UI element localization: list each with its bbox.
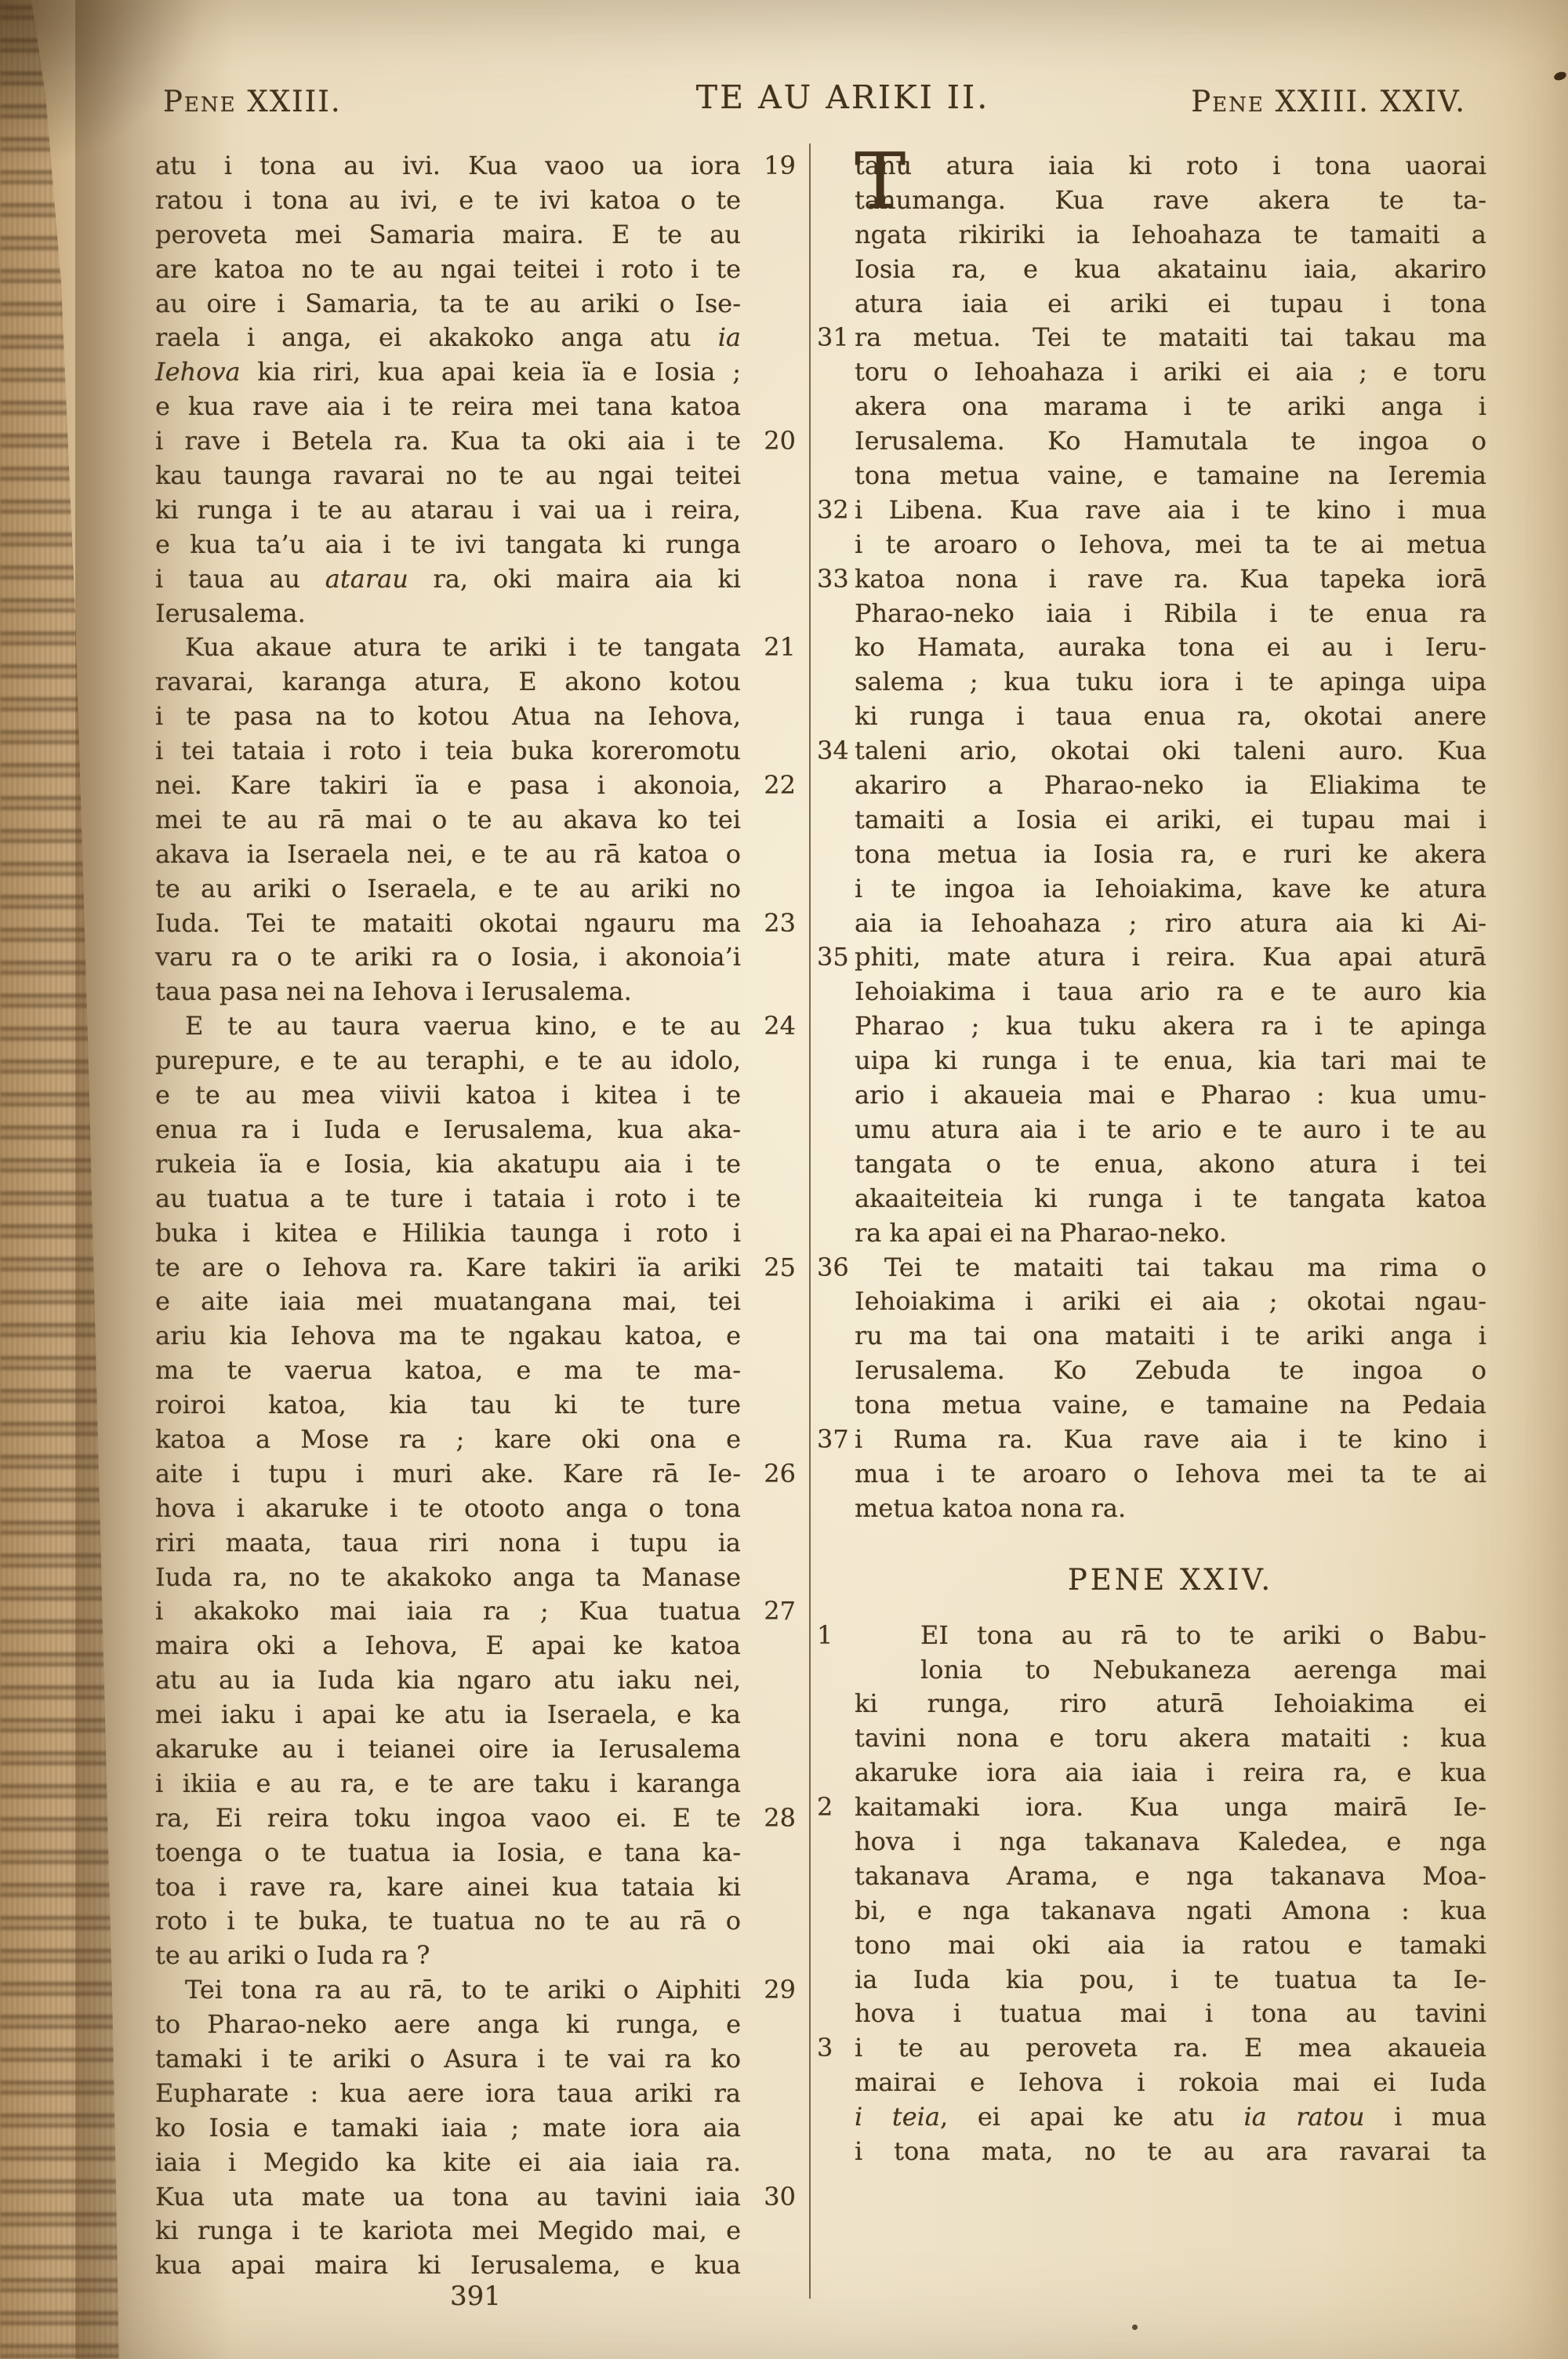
text-line: mei te au rā mai o te au akava ko tei (155, 803, 796, 838)
text-line: ra ka apai ei na Pharao-neko. (817, 1216, 1488, 1251)
chapter23-lines: tanu atura iaia ki roto i tona uaorai ta… (817, 149, 1488, 1526)
column-divider (809, 144, 811, 2299)
verse-text: roto i te buka, te tuatua no te au rā o (155, 1904, 741, 1939)
verse-number: 27 (741, 1594, 796, 1629)
verse-text: ariu kia Iehova ma te ngakau katoa, e (155, 1319, 741, 1354)
verse-text: toru o Iehoahaza i ariki ei aia ; e toru (855, 355, 1486, 390)
text-line: e kua rave aia i te reira mei tana katoa (155, 390, 796, 424)
verse-number: 1 (817, 1619, 855, 1653)
verse-text: buka i kitea e Hilikia taunga i roto i (155, 1216, 741, 1251)
verse-number: 19 (741, 149, 796, 184)
text-line: 32 i Libena. Kua rave aia i te kino i mu… (817, 493, 1488, 528)
text-line: i ikiia e au ra, e te are taku i karanga (155, 1767, 796, 1801)
verse-text: mei te au rā mai o te au akava ko tei (155, 803, 741, 838)
verse-text: akaruke au i teianei oire ia Ierusalema (155, 1732, 741, 1767)
text-line: 35 phiti, mate atura i reira. Kua apai a… (817, 940, 1488, 975)
text-line: Tei tona ra au rā, to te ariki o Aiphiti… (155, 1973, 796, 2008)
text-line: roto i te buka, te tuatua no te au rā o (155, 1904, 796, 1939)
text-line: i tei tataia i roto i teia buka koreromo… (155, 734, 796, 769)
verse-number: 23 (741, 907, 796, 941)
verse-text: e kua ta’u aia i te ivi tangata ki runga (155, 528, 741, 562)
verse-text: i Ruma ra. Kua rave aia i te kino i (855, 1423, 1486, 1457)
verse-text: kua apai maira ki Ierusalema, e kua (155, 2248, 741, 2283)
verse-number: 30 (741, 2180, 796, 2215)
text-line: riri maata, taua riri nona i tupu ia (155, 1526, 796, 1561)
verse-text: lonia to Nebukaneza aerenga mai (855, 1653, 1486, 1688)
drop-cap: T (855, 147, 906, 216)
ink-spot (1132, 2324, 1138, 2330)
text-line: tamaki i te ariki o Asura i te vai ra ko (155, 2042, 796, 2077)
verse-text: taua pasa nei na Iehova i Ierusalema. (155, 975, 741, 1009)
text-line: E te au taura vaerua kino, e te au 24 (155, 1009, 796, 1044)
text-line: 36 Tei te mataiti tai takau ma rima o (817, 1251, 1488, 1285)
text-line: tanu atura iaia ki roto i tona uaorai (817, 149, 1488, 184)
verse-text: aia ia Iehoahaza ; riro atura aia ki Ai- (855, 907, 1486, 941)
verse-number: 26 (741, 1457, 796, 1492)
verse-text: akera ona marama i te ariki anga i (855, 390, 1486, 424)
verse-text: bi, e nga takanava ngati Amona : kua (855, 1894, 1486, 1928)
text-line: i te aroaro o Iehova, mei ta te ai metua (817, 528, 1488, 562)
text-line: hova i tuatua mai i tona au tavini (817, 1997, 1488, 2031)
text-line: tono mai oki aia ia ratou e tamaki (817, 1928, 1488, 1963)
verse-text: metua katoa nona ra. (855, 1492, 1486, 1526)
verse-text: ko Hamata, auraka tona ei au i Ieru- (855, 631, 1486, 665)
verse-text: EI tona au rā to te ariki o Babu- (855, 1619, 1486, 1653)
text-line: mei iaku i apai ke atu ia Iseraela, e ka (155, 1698, 796, 1732)
text-line: buka i kitea e Hilikia taunga i roto i (155, 1216, 796, 1251)
verse-text: salema ; kua tuku iora i te apinga uipa (855, 665, 1486, 700)
verse-text: kau taunga ravarai no te au ngai teitei (155, 459, 741, 493)
text-line: ru ma tai ona mataiti i te ariki anga i (817, 1319, 1488, 1354)
text-line: lonia to Nebukaneza aerenga mai (817, 1653, 1488, 1688)
text-line: Eupharate : kua aere iora taua ariki ra (155, 2077, 796, 2111)
text-line: aia ia Iehoahaza ; riro atura aia ki Ai- (817, 907, 1488, 941)
text-line: maira oki a Iehova, E apai ke katoa (155, 1629, 796, 1663)
text-line: atu au ia Iuda kia ngaro atu iaku nei, (155, 1663, 796, 1698)
text-line: tamaiti a Iosia ei ariki, ei tupau mai i (817, 803, 1488, 838)
verse-number: 36 (817, 1251, 855, 1285)
text-line: i te pasa na to kotou Atua na Iehova, (155, 700, 796, 734)
verse-text: hova i nga takanava Kaledea, e nga (855, 1825, 1486, 1859)
verse-text: ki runga i te kariota mei Megido mai, e (155, 2214, 741, 2248)
text-line: ko Iosia e tamaki iaia ; mate iora aia (155, 2111, 796, 2146)
verse-text: te are o Iehova ra. Kare takiri ïa ariki (155, 1251, 741, 1285)
verse-text: peroveta mei Samaria maira. E te au (155, 218, 741, 253)
text-line: i akakoko mai iaia ra ; Kua tuatua 27 (155, 1594, 796, 1629)
verse-text: mua i te aroaro o Iehova mei ta te ai (855, 1457, 1486, 1492)
text-line: akera ona marama i te ariki anga i (817, 390, 1488, 424)
text-line: Ierusalema. Ko Hamutala te ingoa o (817, 424, 1488, 459)
verse-text: tamaiti a Iosia ei ariki, ei tupau mai i (855, 803, 1486, 838)
verse-text: tono mai oki aia ia ratou e tamaki (855, 1928, 1486, 1963)
verse-number: 33 (817, 562, 855, 597)
text-line: ario i akaueia mai e Pharao : kua umu- (817, 1078, 1488, 1113)
verse-text: ko Iosia e tamaki iaia ; mate iora aia (155, 2111, 741, 2146)
verse-text: katoa nona i rave ra. Kua tapeka iorā (855, 562, 1486, 597)
text-line: te au ariki o Iseraela, e te au ariki no (155, 872, 796, 907)
verse-text: purepure, e te au teraphi, e te au idolo… (155, 1044, 741, 1078)
text-line: ariu kia Iehova ma te ngakau katoa, e (155, 1319, 796, 1354)
text-line: te au ariki o Iuda ra ? (155, 1939, 796, 1973)
text-line: akaruke au i teianei oire ia Ierusalema (155, 1732, 796, 1767)
verse-text: ra metua. Tei te mataiti tai takau ma (855, 321, 1486, 355)
text-line: enua ra i Iuda e Ierusalema, kua aka- (155, 1113, 796, 1147)
text-line: ki runga i te au atarau i vai ua i reira… (155, 493, 796, 528)
text-line: i te ingoa ia Iehoiakima, kave ke atura (817, 872, 1488, 907)
text-line: tona metua vaine, e tamaine na Pedaia (817, 1388, 1488, 1423)
text-line: au tuatua a te ture i tataia i roto i te (155, 1182, 796, 1216)
text-line: ia Iuda kia pou, i te tuatua ta Ie- (817, 1963, 1488, 1997)
verse-text: Ierusalema. Ko Hamutala te ingoa o (855, 424, 1486, 459)
verse-text: ia Iuda kia pou, i te tuatua ta Ie- (855, 1963, 1486, 1997)
verse-text: tavini nona e toru akera mataiti : kua (855, 1721, 1486, 1756)
verse-number: 22 (741, 769, 796, 803)
verse-text: i te au peroveta ra. E mea akaueia (855, 2031, 1486, 2066)
verse-text: e kua rave aia i te reira mei tana katoa (155, 390, 741, 424)
verse-text: toenga o te tuatua ia Iosia, e tana ka- (155, 1836, 741, 1870)
text-line: Kua uta mate ua tona au tavini iaia 30 (155, 2180, 796, 2215)
text-line: akava ia Iseraela nei, e te au rā katoa … (155, 838, 796, 872)
text-line: ki runga i te kariota mei Megido mai, e (155, 2214, 796, 2248)
verse-number: 25 (741, 1251, 796, 1285)
chapter24-lines: 1 EI tona au rā to te ariki o Babu- loni… (817, 1619, 1488, 2169)
running-head-left: Pene XXIII. (163, 85, 342, 118)
verse-text: i taua au atarau ra, oki maira aia ki (155, 562, 741, 597)
text-line: mairai e Iehova i rokoia mai ei Iuda (817, 2066, 1488, 2100)
verse-text: i tei tataia i roto i teia buka koreromo… (155, 734, 741, 769)
verse-text: takanava Arama, e nga takanava Moa- (855, 1859, 1486, 1894)
verse-text: ra ka apai ei na Pharao-neko. (855, 1216, 1486, 1251)
verse-number: 24 (741, 1009, 796, 1044)
verse-text: hova i tuatua mai i tona au tavini (855, 1997, 1486, 2031)
verse-text: te au ariki o Iseraela, e te au ariki no (155, 872, 741, 907)
verse-text: tanumanga. Kua rave akera te ta- (855, 184, 1486, 218)
text-line: salema ; kua tuku iora i te apinga uipa (817, 665, 1488, 700)
verse-text: tanu atura iaia ki roto i tona uaorai (855, 149, 1486, 184)
text-line: ki runga i taua enua ra, okotai anere (817, 700, 1488, 734)
text-line: Ierusalema. (155, 597, 796, 631)
text-line: tanumanga. Kua rave akera te ta- (817, 184, 1488, 218)
verse-text: akava ia Iseraela nei, e te au rā katoa … (155, 838, 741, 872)
text-line: atura iaia ei ariki ei tupau i tona (817, 287, 1488, 322)
text-line: i rave i Betela ra. Kua ta oki aia i te … (155, 424, 796, 459)
verse-number: 3 (817, 2031, 855, 2066)
text-line: ko Hamata, auraka tona ei au i Ieru- (817, 631, 1488, 665)
text-line: rukeia ïa e Iosia, kia akatupu aia i te (155, 1147, 796, 1182)
verse-text: ngata rikiriki ia Iehoahaza te tamaiti a (855, 218, 1486, 253)
text-line: kau taunga ravarai no te au ngai teitei (155, 459, 796, 493)
text-line: 3 i te au peroveta ra. E mea akaueia (817, 2031, 1488, 2066)
verse-text: Pharao ; kua tuku akera ra i te apinga (855, 1009, 1486, 1044)
text-line: au oire i Samaria, ta te au ariki o Ise- (155, 287, 796, 322)
verse-number: 20 (741, 424, 796, 459)
verse-text: akaruke iora aia iaia i reira ra, e kua (855, 1756, 1486, 1790)
text-line: tona metua ia Iosia ra, e ruri ke akera (817, 838, 1488, 872)
verse-text: i Libena. Kua rave aia i te kino i mua (855, 493, 1486, 528)
text-line: takanava Arama, e nga takanava Moa- (817, 1859, 1488, 1894)
text-line: akaruke iora aia iaia i reira ra, e kua (817, 1756, 1488, 1790)
verse-text: i te aroaro o Iehova, mei ta te ai metua (855, 528, 1486, 562)
verse-text: ratou i tona au ivi, e te ivi katoa o te (155, 184, 741, 218)
verse-text: Kua akaue atura te ariki i te tangata (155, 631, 741, 665)
text-line: are katoa no te au ngai teitei i roto i … (155, 253, 796, 287)
text-line: Iuda. Tei te mataiti okotai ngauru ma 23 (155, 907, 796, 941)
text-line: tangata o te enua, akono atura i tei (817, 1147, 1488, 1182)
verse-text: are katoa no te au ngai teitei i roto i … (155, 253, 741, 287)
text-line: e aite iaia mei muatangana mai, tei (155, 1285, 796, 1319)
left-text-column: atu i tona au ivi. Kua vaoo ua iora 19 r… (155, 149, 796, 2283)
verse-number: 34 (817, 734, 855, 769)
text-line: akaaiteiteia ki runga i te tangata katoa (817, 1182, 1488, 1216)
verse-text: i tona mata, no te au ara ravarai ta (855, 2135, 1486, 2169)
text-line: tona metua vaine, e tamaine na Ieremia (817, 459, 1488, 493)
verse-number: 37 (817, 1423, 855, 1457)
verse-text: umu atura aia i te ario e te auro i te a… (855, 1113, 1486, 1147)
verse-text: i te pasa na to kotou Atua na Iehova, (155, 700, 741, 734)
text-line: purepure, e te au teraphi, e te au idolo… (155, 1044, 796, 1078)
verse-text: tona metua vaine, e tamaine na Ieremia (855, 459, 1486, 493)
text-line: aite i tupu i muri ake. Kare rā Ie- 26 (155, 1457, 796, 1492)
text-line: nei. Kare takiri ïa e pasa i akonoia, 22 (155, 769, 796, 803)
verse-text: ma te vaerua katoa, e ma te ma- (155, 1354, 741, 1388)
page-number: 391 (155, 2281, 796, 2312)
text-line: ma te vaerua katoa, e ma te ma- (155, 1354, 796, 1388)
verse-text: katoa a Mose ra ; kare oki ona e (155, 1423, 741, 1457)
text-line: ki runga, riro aturā Iehoiakima ei (817, 1687, 1488, 1721)
text-line: Iehoiakima i taua ario ra e te auro kia (817, 975, 1488, 1009)
verse-number: 29 (741, 1973, 796, 2008)
text-line: Pharao-neko iaia i Ribila i te enua ra (817, 597, 1488, 631)
verse-text: e aite iaia mei muatangana mai, tei (155, 1285, 741, 1319)
verse-text: E te au taura vaerua kino, e te au (155, 1009, 741, 1044)
text-line: ra, Ei reira toku ingoa vaoo ei. E te 28 (155, 1801, 796, 1836)
text-line: atu i tona au ivi. Kua vaoo ua iora 19 (155, 149, 796, 184)
text-line: 1 EI tona au rā to te ariki o Babu- (817, 1619, 1488, 1653)
text-line: toru o Iehoahaza i ariki ei aia ; e toru (817, 355, 1488, 390)
verse-text: ki runga i taua enua ra, okotai anere (855, 700, 1486, 734)
text-line: ngata rikiriki ia Iehoahaza te tamaiti a (817, 218, 1488, 253)
text-line: hova i nga takanava Kaledea, e nga (817, 1825, 1488, 1859)
verse-text: nei. Kare takiri ïa e pasa i akonoia, (155, 769, 741, 803)
text-line: tavini nona e toru akera mataiti : kua (817, 1721, 1488, 1756)
text-line: e kua ta’u aia i te ivi tangata ki runga (155, 528, 796, 562)
verse-number: 28 (741, 1801, 796, 1836)
verse-number: 21 (741, 631, 796, 665)
verse-text: Kua uta mate ua tona au tavini iaia (155, 2180, 741, 2215)
text-line: iaia i Megido ka kite ei aia iaia ra. (155, 2146, 796, 2180)
text-line: 37 i Ruma ra. Kua rave aia i te kino i (817, 1423, 1488, 1457)
verse-text: e te au mea viivii katoa i kitea i te (155, 1078, 741, 1113)
verse-text: ki runga i te au atarau i vai ua i reira… (155, 493, 741, 528)
text-line: toa i rave ra, kare ainei kua tataia ki (155, 1870, 796, 1905)
text-line: 2 kaitamaki iora. Kua unga mairā Ie- (817, 1790, 1488, 1825)
text-line: Iosia ra, e kua akatainu iaia, akariro (817, 253, 1488, 287)
verse-text: riri maata, taua riri nona i tupu ia (155, 1526, 741, 1561)
text-line: Iehova kia riri, kua apai keia ïa e Iosi… (155, 355, 796, 390)
verse-text: phiti, mate atura i reira. Kua apai atur… (855, 940, 1486, 975)
text-line: 34 taleni ario, okotai oki taleni auro. … (817, 734, 1488, 769)
verse-text: au oire i Samaria, ta te au ariki o Ise- (155, 287, 741, 322)
verse-number: 31 (817, 321, 855, 355)
verse-text: iaia i Megido ka kite ei aia iaia ra. (155, 2146, 741, 2180)
book-gutter-page-edges (0, 0, 119, 2359)
text-line: Ierusalema. Ko Zebuda te ingoa o (817, 1354, 1488, 1388)
text-line: peroveta mei Samaria maira. E te au (155, 218, 796, 253)
right-text-column: tanu atura iaia ki roto i tona uaorai ta… (817, 149, 1488, 2169)
verse-text: Eupharate : kua aere iora taua ariki ra (155, 2077, 741, 2111)
verse-text: ki runga, riro aturā Iehoiakima ei (855, 1687, 1486, 1721)
verse-text: kaitamaki iora. Kua unga mairā Ie- (855, 1790, 1486, 1825)
verse-text: au tuatua a te ture i tataia i roto i te (155, 1182, 741, 1216)
verse-text: toa i rave ra, kare ainei kua tataia ki (155, 1870, 741, 1905)
verse-text: i ikiia e au ra, e te are taku i karanga (155, 1767, 741, 1801)
text-line: roiroi katoa, kia tau ki te ture (155, 1388, 796, 1423)
text-line: i teia, ei apai ke atu ia ratou i mua (817, 2100, 1488, 2135)
verse-text: Iuda. Tei te mataiti okotai ngauru ma (155, 907, 741, 941)
verse-text: Ierusalema. (155, 597, 741, 631)
verse-text: rukeia ïa e Iosia, kia akatupu aia i te (155, 1147, 741, 1182)
verse-number: 32 (817, 493, 855, 528)
verse-text: i teia, ei apai ke atu ia ratou i mua (855, 2100, 1486, 2135)
text-line: uipa ki runga i te enua, kia tari mai te (817, 1044, 1488, 1078)
verse-text: varu ra o te ariki ra o Iosia, i akonoia… (155, 940, 741, 975)
verse-text: Ierusalema. Ko Zebuda te ingoa o (855, 1354, 1486, 1388)
verse-text: i akakoko mai iaia ra ; Kua tuatua (155, 1594, 741, 1629)
text-line: katoa a Mose ra ; kare oki ona e (155, 1423, 796, 1457)
verse-text: ravarai, karanga atura, E akono kotou (155, 665, 741, 700)
chapter-heading: PENE XXIV. (855, 1559, 1486, 1601)
text-line: te are o Iehova ra. Kare takiri ïa ariki… (155, 1251, 796, 1285)
verse-text: roiroi katoa, kia tau ki te ture (155, 1388, 741, 1423)
verse-number: 2 (817, 1790, 855, 1825)
verse-text: tona metua vaine, e tamaine na Pedaia (855, 1388, 1486, 1423)
verse-text: to Pharao-neko aere anga ki runga, e (155, 2008, 741, 2042)
verse-text: Iehova kia riri, kua apai keia ïa e Iosi… (155, 355, 741, 390)
verse-text: tamaki i te ariki o Asura i te vai ra ko (155, 2042, 741, 2077)
text-line: hova i akaruke i te otooto anga o tona (155, 1492, 796, 1526)
verse-text: mairai e Iehova i rokoia mai ei Iuda (855, 2066, 1486, 2100)
verse-number: 35 (817, 940, 855, 975)
verse-text: hova i akaruke i te otooto anga o tona (155, 1492, 741, 1526)
verse-text: mei iaku i apai ke atu ia Iseraela, e ka (155, 1698, 741, 1732)
text-line: Kua akaue atura te ariki i te tangata 21 (155, 631, 796, 665)
verse-text: maira oki a Iehova, E apai ke katoa (155, 1629, 741, 1663)
verse-text: taleni ario, okotai oki taleni auro. Kua (855, 734, 1486, 769)
verse-text: Tei te mataiti tai takau ma rima o (855, 1251, 1486, 1285)
text-line: e te au mea viivii katoa i kitea i te (155, 1078, 796, 1113)
ink-spot (1553, 71, 1567, 82)
verse-text: Iosia ra, e kua akatainu iaia, akariro (855, 253, 1486, 287)
verse-text: ru ma tai ona mataiti i te ariki anga i (855, 1319, 1486, 1354)
text-line: ravarai, karanga atura, E akono kotou (155, 665, 796, 700)
text-line: Pharao ; kua tuku akera ra i te apinga (817, 1009, 1488, 1044)
verse-text: tona metua ia Iosia ra, e ruri ke akera (855, 838, 1486, 872)
verse-text: akaaiteiteia ki runga i te tangata katoa (855, 1182, 1486, 1216)
text-line: 31 ra metua. Tei te mataiti tai takau ma (817, 321, 1488, 355)
text-line: umu atura aia i te ario e te auro i te a… (817, 1113, 1488, 1147)
verse-text: atura iaia ei ariki ei tupau i tona (855, 287, 1486, 322)
verse-text: i te ingoa ia Iehoiakima, kave ke atura (855, 872, 1486, 907)
verse-text: Iuda ra, no te akakoko anga ta Manase (155, 1561, 741, 1595)
verse-text: Iehoiakima i ariki ei aia ; okotai ngau- (855, 1285, 1486, 1319)
text-line: akariro a Pharao-neko ia Eliakima te (817, 769, 1488, 803)
verse-text: ario i akaueia mai e Pharao : kua umu- (855, 1078, 1486, 1113)
text-line: Iehoiakima i ariki ei aia ; okotai ngau- (817, 1285, 1488, 1319)
verse-text: i rave i Betela ra. Kua ta oki aia i te (155, 424, 741, 459)
text-line: metua katoa nona ra. (817, 1492, 1488, 1526)
left-column-lines: atu i tona au ivi. Kua vaoo ua iora 19 r… (155, 149, 796, 2283)
verse-text: Iehoiakima i taua ario ra e te auro kia (855, 975, 1486, 1009)
verse-text: atu au ia Iuda kia ngaro atu iaku nei, (155, 1663, 741, 1698)
verse-text: atu i tona au ivi. Kua vaoo ua iora (155, 149, 741, 184)
verse-text: uipa ki runga i te enua, kia tari mai te (855, 1044, 1486, 1078)
text-line: i tona mata, no te au ara ravarai ta (817, 2135, 1488, 2169)
text-line: i taua au atarau ra, oki maira aia ki (155, 562, 796, 597)
verse-text: Pharao-neko iaia i Ribila i te enua ra (855, 597, 1486, 631)
verse-text: Tei tona ra au rā, to te ariki o Aiphiti (155, 1973, 741, 2008)
text-line: bi, e nga takanava ngati Amona : kua (817, 1894, 1488, 1928)
verse-text: tangata o te enua, akono atura i tei (855, 1147, 1486, 1182)
verse-text: raela i anga, ei akakoko anga atu ia (155, 321, 741, 355)
book-page-scan: Pene XXIII. TE AU ARIKI II. Pene XXIII. … (0, 0, 1568, 2359)
text-line: toenga o te tuatua ia Iosia, e tana ka- (155, 1836, 796, 1870)
running-head-right: Pene XXIII. XXIV. (909, 85, 1466, 118)
text-line: varu ra o te ariki ra o Iosia, i akonoia… (155, 940, 796, 975)
text-line: mua i te aroaro o Iehova mei ta te ai (817, 1457, 1488, 1492)
verse-text: ra, Ei reira toku ingoa vaoo ei. E te (155, 1801, 741, 1836)
text-line: raela i anga, ei akakoko anga atu ia (155, 321, 796, 355)
text-line: to Pharao-neko aere anga ki runga, e (155, 2008, 796, 2042)
verse-text: enua ra i Iuda e Ierusalema, kua aka- (155, 1113, 741, 1147)
verse-text: akariro a Pharao-neko ia Eliakima te (855, 769, 1486, 803)
text-line: ratou i tona au ivi, e te ivi katoa o te (155, 184, 796, 218)
text-line: Iuda ra, no te akakoko anga ta Manase (155, 1561, 796, 1595)
verse-text: aite i tupu i muri ake. Kare rā Ie- (155, 1457, 741, 1492)
verse-text: te au ariki o Iuda ra ? (155, 1939, 741, 1973)
text-line: 33 katoa nona i rave ra. Kua tapeka iorā (817, 562, 1488, 597)
text-line: kua apai maira ki Ierusalema, e kua (155, 2248, 796, 2283)
text-line: taua pasa nei na Iehova i Ierusalema. (155, 975, 796, 1009)
